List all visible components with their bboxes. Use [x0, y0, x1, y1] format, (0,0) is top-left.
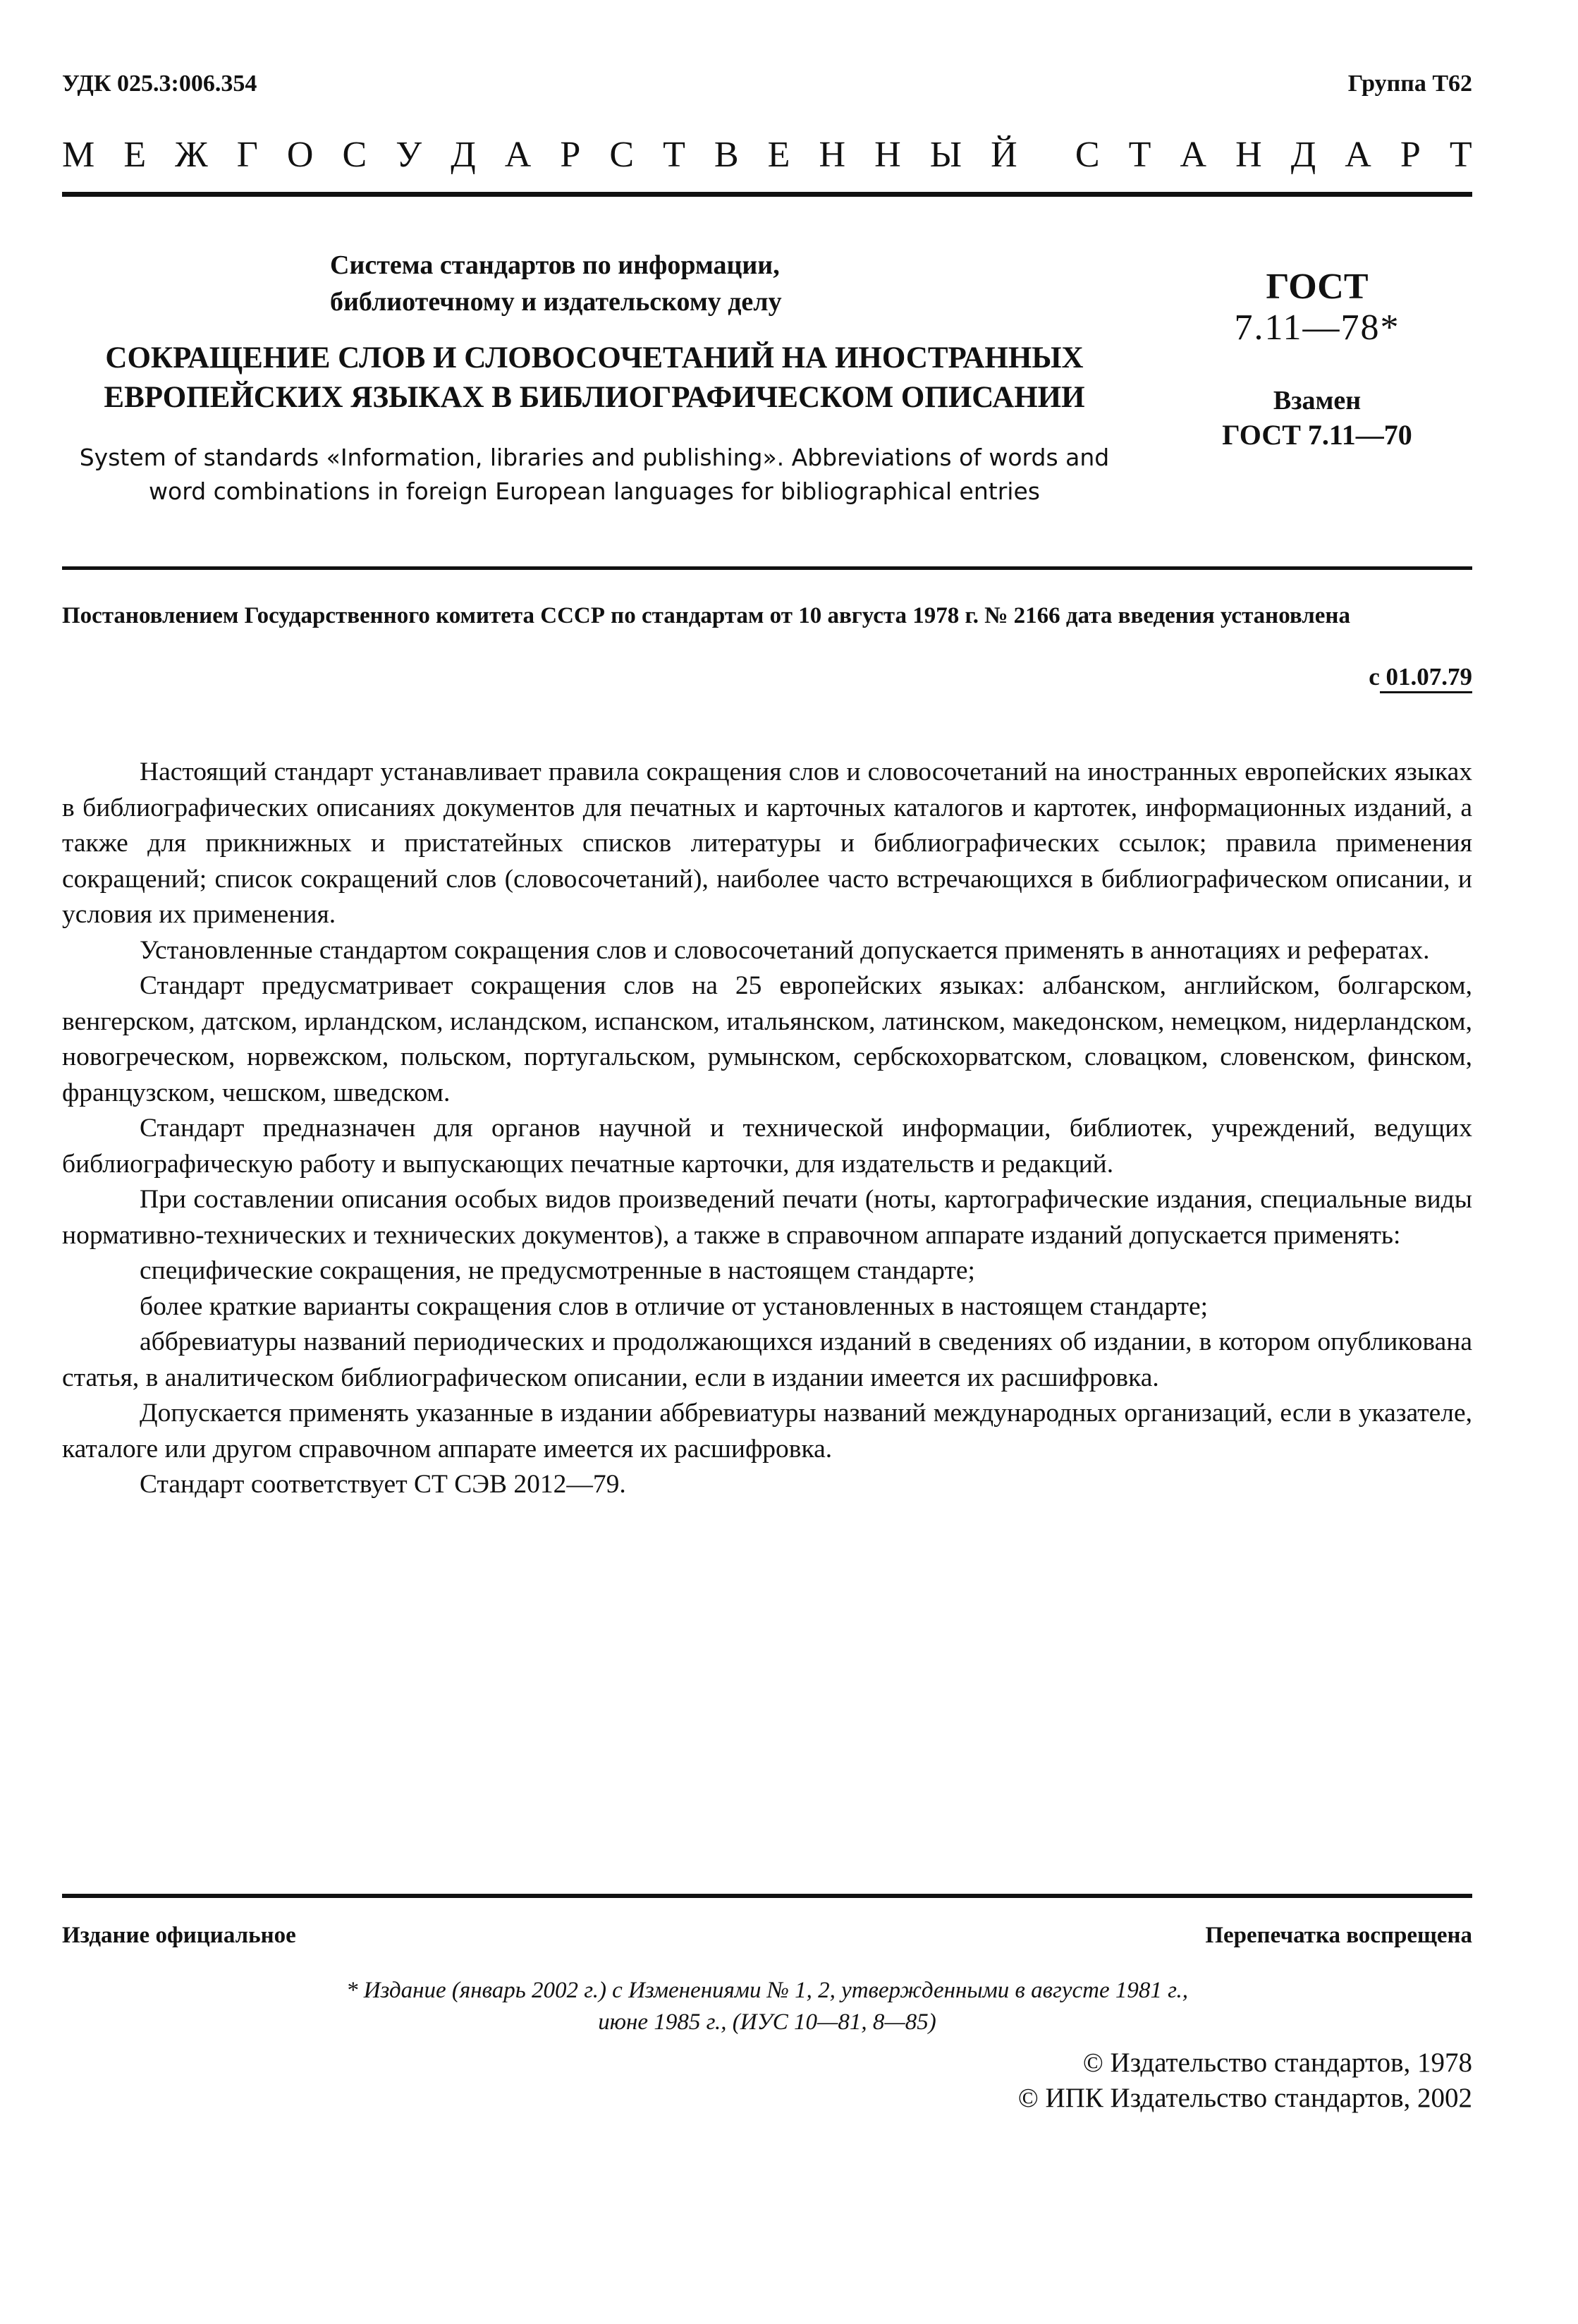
list-item: аббревиатуры названий периодических и пр… — [62, 1325, 1472, 1396]
heading-letter: Т — [1129, 134, 1151, 176]
heading-letter: Р — [1400, 134, 1421, 176]
heading-letter: В — [714, 134, 739, 176]
decree-statement: Постановлением Государственного комитета… — [62, 600, 1472, 632]
replaces-number: ГОСТ 7.11—70 — [1162, 418, 1472, 453]
english-title-line-1: System of standards «Information, librar… — [62, 441, 1127, 475]
bottom-divider — [62, 1894, 1472, 1898]
edition-note-line-1: * Издание (январь 2002 г.) с Изменениями… — [62, 1975, 1472, 2007]
official-edition-label: Издание официальное — [62, 1923, 296, 1949]
heading-letter: Д — [1291, 134, 1316, 176]
heading-letter: А — [505, 134, 532, 176]
reprint-prohibited-label: Перепечатка воспрещена — [1205, 1923, 1472, 1949]
standards-system-name: Система стандартов по информации, библио… — [330, 247, 965, 320]
gost-number: 7.11—78* — [1162, 308, 1472, 348]
heading-letter: С — [1075, 134, 1100, 176]
gost-label: ГОСТ — [1162, 267, 1472, 308]
copyright-text-2: ИПК Издательство стандартов, 2002 — [1045, 2083, 1472, 2113]
copyright-icon: © — [1018, 2083, 1039, 2113]
heading-letter: Р — [560, 134, 580, 176]
copyright-text-1: Издательство стандартов, 1978 — [1111, 2048, 1472, 2078]
document-page: УДК 025.3:006.354 Группа Т62 М Е Ж Г О С… — [62, 0, 1472, 2324]
heading-letter: У — [396, 134, 422, 176]
heading-letter: О — [287, 134, 314, 176]
paragraph: Установленные стандартом сокращения слов… — [62, 933, 1472, 969]
paragraph: При составлении описания особых видов пр… — [62, 1182, 1472, 1253]
title-line-2: ЕВРОПЕЙСКИХ ЯЗЫКАХ В БИБЛИОГРАФИЧЕСКОМ О… — [62, 378, 1127, 418]
heading-letter: Е — [768, 134, 790, 176]
date-value: 01.07.79 — [1380, 663, 1472, 693]
paragraph: Стандарт предусматривает сокращения слов… — [62, 968, 1472, 1111]
paragraph: Стандарт соответствует СТ СЭВ 2012—79. — [62, 1467, 1472, 1503]
list-item: специфические сокращения, не предусмотре… — [62, 1253, 1472, 1289]
heading-letter: А — [1180, 134, 1206, 176]
paragraph: Допускается применять указанные в издани… — [62, 1396, 1472, 1467]
udk-code: УДК 025.3:006.354 — [62, 71, 257, 97]
copyright-line-2: © ИПК Издательство стандартов, 2002 — [1018, 2081, 1472, 2116]
heading-letter: Г — [237, 134, 258, 176]
heading-letter: Й — [991, 134, 1017, 176]
heading-letter: Т — [1450, 134, 1472, 176]
english-title-line-2: word combinations in foreign European la… — [62, 475, 1127, 509]
heading-letter: Е — [123, 134, 146, 176]
group-code: Группа Т62 — [1348, 71, 1472, 97]
date-prefix: с — [1369, 663, 1380, 690]
english-title: System of standards «Information, librar… — [62, 441, 1127, 509]
copyright-line-1: © Издательство стандартов, 1978 — [1018, 2045, 1472, 2081]
body-text: Настоящий стандарт устанавливает правила… — [62, 755, 1472, 1503]
heading-letter: Ы — [930, 134, 962, 176]
document-title: СОКРАЩЕНИЕ СЛОВ И СЛОВОСОЧЕТАНИЙ НА ИНОС… — [62, 339, 1127, 418]
heading-letter: А — [1345, 134, 1371, 176]
heading-letter: Т — [663, 134, 685, 176]
system-line-1: Система стандартов по информации, — [330, 247, 965, 284]
heading-letter: С — [343, 134, 367, 176]
paragraph: Настоящий стандарт устанавливает правила… — [62, 755, 1472, 933]
heading-letter: Н — [874, 134, 901, 176]
interstate-standard-heading: М Е Ж Г О С У Д А Р С Т В Е Н Н Ы Й С Т … — [62, 134, 1472, 176]
heading-letter: Н — [1235, 134, 1262, 176]
edition-note-line-2: июне 1985 г., (ИУС 10—81, 8—85) — [62, 2007, 1472, 2038]
paragraph: Стандарт предназначен для органов научно… — [62, 1111, 1472, 1182]
heading-letter: Д — [451, 134, 475, 176]
top-divider — [62, 192, 1472, 197]
heading-letter: С — [609, 134, 634, 176]
middle-divider — [62, 566, 1472, 570]
edition-note: * Издание (январь 2002 г.) с Изменениями… — [62, 1975, 1472, 2038]
list-item: более краткие варианты сокращения слов в… — [62, 1289, 1472, 1325]
gost-designation: ГОСТ 7.11—78* Взамен ГОСТ 7.11—70 — [1162, 267, 1472, 453]
system-line-2: библиотечному и издательскому делу — [330, 284, 965, 320]
copyright-icon: © — [1083, 2048, 1103, 2078]
introduction-date: с 01.07.79 — [1369, 663, 1472, 691]
heading-letter: Ж — [175, 134, 208, 176]
title-line-1: СОКРАЩЕНИЕ СЛОВ И СЛОВОСОЧЕТАНИЙ НА ИНОС… — [62, 339, 1127, 378]
copyright-block: © Издательство стандартов, 1978 © ИПК Из… — [1018, 2045, 1472, 2116]
replaces-label: Взамен — [1162, 384, 1472, 418]
heading-letter: Н — [819, 134, 846, 176]
heading-letter: М — [62, 134, 94, 176]
